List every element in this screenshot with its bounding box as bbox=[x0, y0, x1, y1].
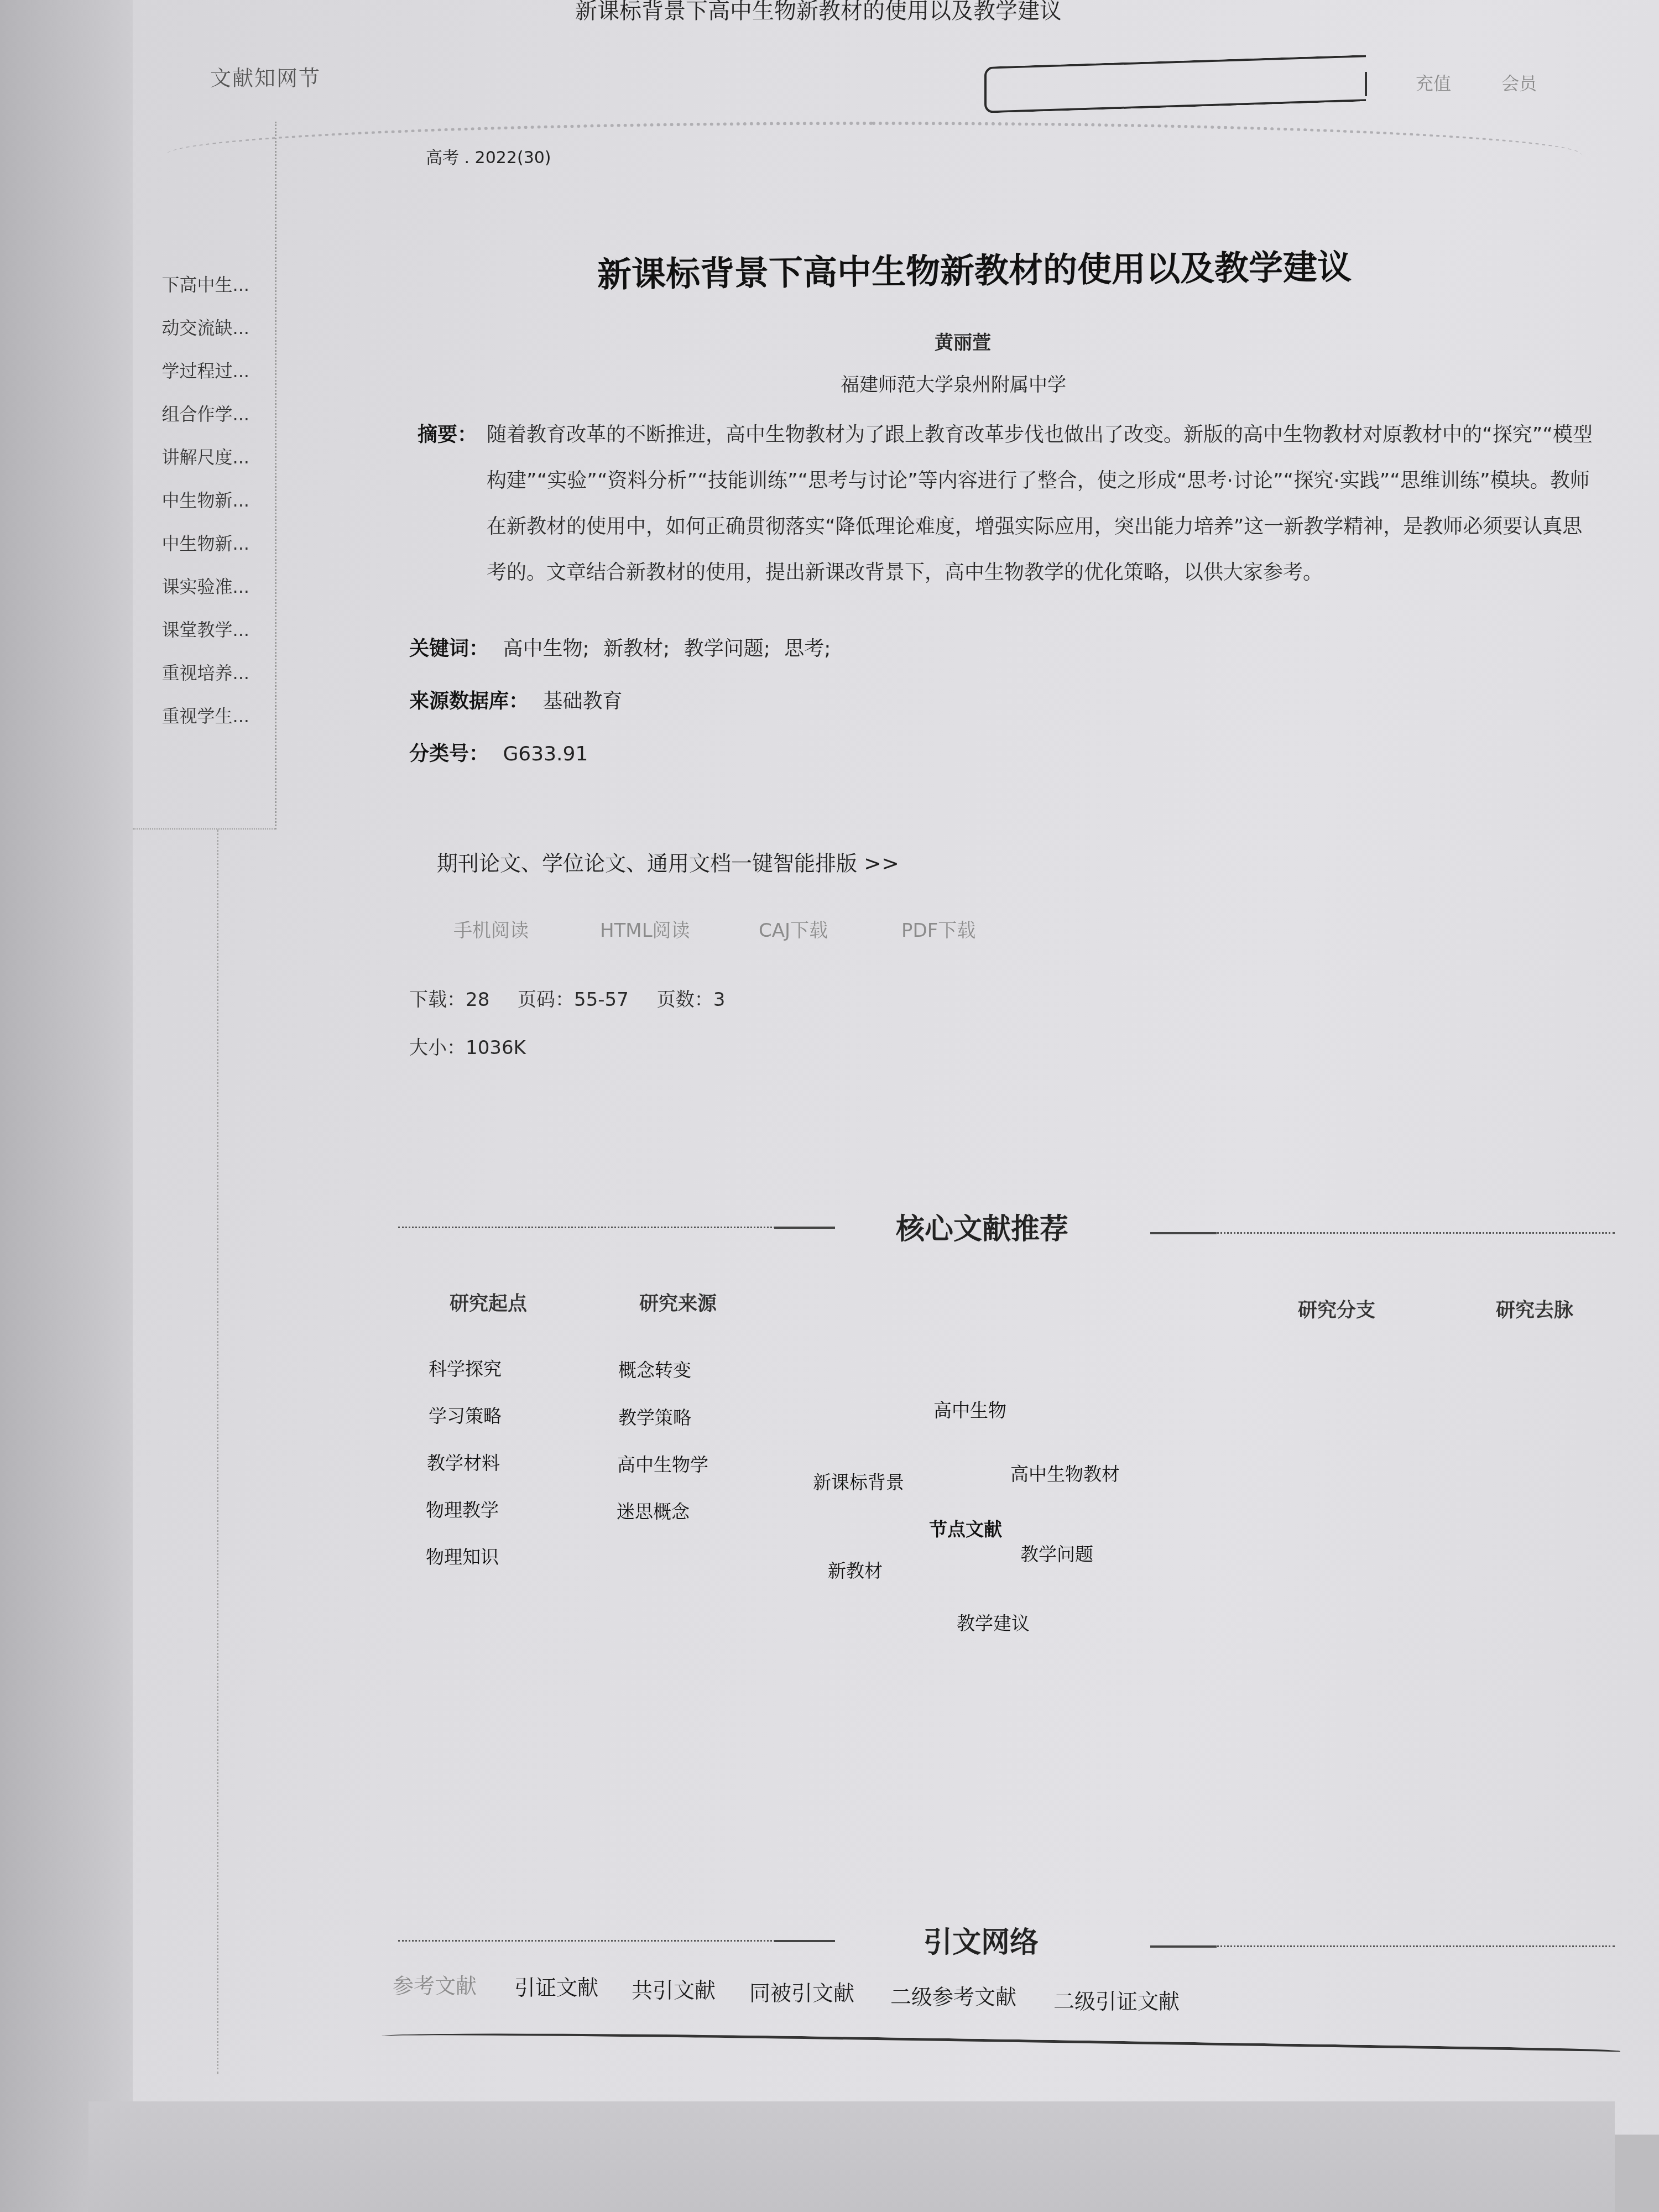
print-header-title: 新课标背景下高中生物新教材的使用以及教学建议 bbox=[575, 0, 1095, 27]
tab-references[interactable]: 参考文献 bbox=[393, 1969, 477, 1999]
source-node[interactable]: 高中生物学 bbox=[617, 1451, 708, 1477]
core-literature-header: 核心文献推荐 bbox=[398, 1206, 1615, 1250]
database-row: 来源数据库： 基础教育 bbox=[409, 686, 622, 714]
tab-research-origin[interactable]: 研究起点 bbox=[450, 1288, 527, 1316]
page-count: 页数：3 bbox=[657, 989, 726, 1011]
pdf-download-button[interactable]: PDF下载 bbox=[901, 915, 975, 942]
origin-node[interactable]: 物理知识 bbox=[426, 1543, 499, 1569]
sidebar-outline-item[interactable]: 组合作学... bbox=[161, 400, 249, 426]
article-stats: 下载：28 页码：55-57 页数：3 bbox=[409, 984, 747, 1011]
core-literature-heading: 核心文献推荐 bbox=[896, 1206, 1068, 1247]
tab-co-cited[interactable]: 同被引文献 bbox=[749, 1976, 854, 2006]
sidebar-outline-item[interactable]: 学过程过... bbox=[161, 357, 249, 383]
keywords-row: 关键词： 高中生物; 新教材; 教学问题; 思考; bbox=[409, 633, 838, 661]
sidebar-outline-item[interactable]: 中生物新... bbox=[161, 530, 249, 555]
article-title: 新课标背景下高中生物新教材的使用以及教学建议 bbox=[597, 239, 1352, 296]
sidebar-outline-item[interactable]: 课堂教学... bbox=[161, 616, 249, 641]
tab-co-citation[interactable]: 共引文献 bbox=[632, 1973, 716, 2004]
origin-node[interactable]: 教学材料 bbox=[427, 1449, 500, 1475]
origin-node[interactable]: 科学探究 bbox=[429, 1355, 502, 1381]
center-node[interactable]: 节点文献 bbox=[929, 1515, 1002, 1541]
sidebar-outline-item[interactable]: 下高中生... bbox=[161, 271, 249, 296]
sidebar-outline-item[interactable]: 中生物新... bbox=[161, 487, 249, 512]
page-bottom-fold bbox=[88, 2101, 1615, 2212]
sidebar-outline-item[interactable]: 动交流缺... bbox=[161, 314, 249, 340]
tab-citing-literature[interactable]: 引证文献 bbox=[514, 1970, 598, 2001]
source-node[interactable]: 教学策略 bbox=[618, 1404, 691, 1430]
page-surface bbox=[133, 0, 1659, 2135]
smart-typesetting-link[interactable]: 期刊论文、学位论文、通用文档一键智能排版 >> bbox=[437, 846, 899, 877]
keyword-link[interactable]: 高中生物; bbox=[503, 638, 589, 660]
page-edge-shadow bbox=[0, 0, 138, 2212]
keyword-node[interactable]: 高中生物教材 bbox=[1010, 1460, 1120, 1486]
abstract-text: 随着教育改革的不断推进，高中生物教材为了跟上教育改革步伐也做出了改变。新版的高中… bbox=[487, 412, 1593, 596]
classification-row: 分类号： G633.91 bbox=[409, 738, 588, 766]
outline-sidebar: 下高中生... 动交流缺... 学过程过... 组合作学... 讲解尺度... … bbox=[133, 122, 276, 830]
section-divider-left bbox=[398, 1940, 835, 1942]
sidebar-outline-item[interactable]: 课实验准... bbox=[161, 573, 249, 598]
tab-secondary-citing[interactable]: 二级引证文献 bbox=[1053, 1984, 1180, 2015]
keyword-link[interactable]: 思考; bbox=[784, 638, 831, 660]
source-node[interactable]: 概念转变 bbox=[618, 1356, 691, 1382]
sidebar-divider bbox=[133, 828, 276, 830]
author-name[interactable]: 黄丽萱 bbox=[935, 327, 991, 354]
download-count: 下载：28 bbox=[409, 989, 489, 1011]
core-literature-map: 研究起点 研究来源 研究分支 研究去脉 科学探究 学习策略 教学材料 物理教学 … bbox=[387, 1272, 1631, 1659]
file-size: 大小：1036K bbox=[409, 1032, 526, 1060]
origin-node[interactable]: 学习策略 bbox=[429, 1402, 502, 1428]
site-logo[interactable]: 文献知网节 bbox=[210, 61, 321, 91]
sidebar-outline-item[interactable]: 重视培养... bbox=[161, 659, 249, 685]
keyword-link[interactable]: 新教材; bbox=[603, 638, 670, 660]
citation-network-header: 引文网络 bbox=[398, 1919, 1615, 1963]
keyword-node[interactable]: 教学建议 bbox=[957, 1609, 1030, 1635]
keywords-label: 关键词： bbox=[409, 638, 489, 660]
keyword-node[interactable]: 新课标背景 bbox=[813, 1468, 904, 1494]
author-affiliation[interactable]: 福建师范大学泉州附属中学 bbox=[841, 369, 1066, 397]
journal-source[interactable]: 高考 . 2022(30) bbox=[426, 144, 551, 168]
classification-value: G633.91 bbox=[503, 743, 588, 765]
keyword-node[interactable]: 教学问题 bbox=[1020, 1540, 1093, 1566]
search-divider bbox=[1365, 72, 1367, 96]
tab-research-trend[interactable]: 研究去脉 bbox=[1496, 1295, 1573, 1323]
search-input[interactable] bbox=[984, 55, 1366, 113]
tab-research-branch[interactable]: 研究分支 bbox=[1298, 1295, 1375, 1323]
section-divider-right bbox=[1150, 1945, 1615, 1947]
keyword-link[interactable]: 教学问题; bbox=[684, 638, 770, 660]
citation-tabs: 参考文献 引证文献 共引文献 同被引文献 二级参考文献 二级引证文献 bbox=[393, 1969, 1620, 2035]
html-read-button[interactable]: HTML阅读 bbox=[600, 915, 690, 942]
column-divider bbox=[217, 830, 218, 2074]
tab-secondary-references[interactable]: 二级参考文献 bbox=[890, 1980, 1016, 2010]
keyword-node[interactable]: 高中生物 bbox=[933, 1396, 1006, 1422]
origin-node[interactable]: 物理教学 bbox=[426, 1496, 499, 1522]
caj-download-button[interactable]: CAJ下载 bbox=[759, 915, 828, 942]
mobile-read-button[interactable]: 手机阅读 bbox=[453, 915, 529, 942]
source-node[interactable]: 迷思概念 bbox=[617, 1498, 690, 1524]
abstract-label: 摘要： bbox=[418, 412, 477, 458]
database-label: 来源数据库： bbox=[409, 690, 529, 713]
classification-label: 分类号： bbox=[409, 743, 489, 765]
citation-network-heading: 引文网络 bbox=[924, 1919, 1039, 1960]
sidebar-outline-item[interactable]: 讲解尺度... bbox=[161, 444, 249, 469]
member-link[interactable]: 会员 bbox=[1501, 70, 1537, 95]
section-divider-right bbox=[1150, 1232, 1615, 1234]
section-divider-left bbox=[398, 1227, 835, 1228]
site-header: 文献知网节 充值 会员 bbox=[166, 39, 1582, 116]
recharge-link[interactable]: 充值 bbox=[1416, 70, 1451, 95]
tab-research-source[interactable]: 研究来源 bbox=[639, 1288, 717, 1316]
page-range: 页码：55-57 bbox=[518, 989, 629, 1011]
keyword-node[interactable]: 新教材 bbox=[828, 1557, 883, 1583]
sidebar-outline-item[interactable]: 重视学生... bbox=[161, 702, 249, 728]
database-value: 基础教育 bbox=[542, 690, 622, 713]
